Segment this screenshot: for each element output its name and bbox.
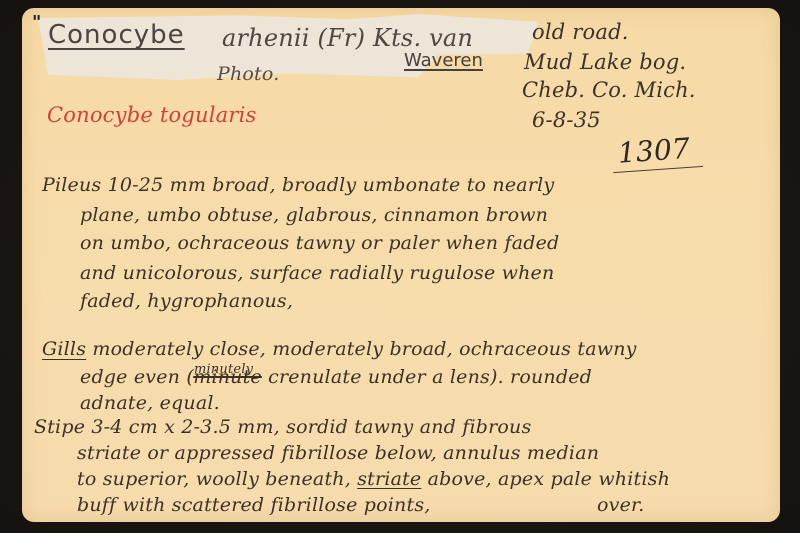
genus-name: Conocybe [48, 20, 185, 50]
stipe-underlined-word: striate [357, 468, 421, 490]
locality-line-2: Mud Lake bog. [524, 50, 686, 74]
pileus-line-2: plane, umbo obtuse, glabrous, cinnamon b… [80, 204, 548, 226]
gills-line-1: Gills moderately close, moderately broad… [42, 338, 637, 360]
stipe-line-1: Stipe 3-4 cm x 2-3.5 mm, sordid tawny an… [34, 416, 531, 438]
locality-line-1: old road. [532, 20, 629, 44]
continuation-note: over. [597, 494, 644, 516]
pileus-line-3: on umbo, ochraceous tawny or paler when … [80, 232, 559, 254]
stipe-line-3-start: to superior, woolly beneath, [77, 468, 357, 490]
stipe-line-3-end: above, apex pale whitish [421, 468, 670, 490]
gills-line-3: adnate, equal. [80, 392, 220, 414]
accession-number: 1307 [611, 131, 703, 173]
photo-stage: " Conocybe arhenii (Fr) Kts. van Waveren… [0, 0, 800, 533]
gills-line-2-start: edge even ( [80, 366, 194, 388]
species-author: arhenii (Fr) Kts. van [222, 24, 473, 52]
pileus-line-4: and unicolorous, surface radially rugulo… [80, 262, 554, 284]
pileus-line-1: Pileus 10-25 mm broad, broadly umbonate … [42, 174, 554, 196]
photo-note: Photo. [217, 63, 279, 85]
stipe-line-3: to superior, woolly beneath, striate abo… [77, 468, 670, 490]
pileus-line-5: faded, hygrophanous, [80, 290, 293, 312]
gills-line-2: edge even (minutelyminute crenulate unde… [80, 366, 592, 388]
quote-mark: " [32, 12, 41, 33]
herbarium-card: " Conocybe arhenii (Fr) Kts. van Waveren… [22, 8, 780, 522]
locality-line-3: Cheb. Co. Mich. [522, 78, 696, 102]
stipe-line-2: striate or appressed fibrillose below, a… [77, 442, 599, 464]
stipe-line-4: buff with scattered fibrillose points, [77, 494, 431, 516]
gills-line-1-text: moderately close, moderately broad, ochr… [86, 338, 636, 360]
gills-inserted-word: minutely [194, 362, 253, 377]
gills-heading: Gills [42, 338, 86, 360]
gills-line-2-end: crenulate under a lens). rounded [262, 366, 592, 388]
author-continued: Waveren [404, 50, 483, 71]
red-annotation: Conocybe togularis [47, 103, 256, 127]
collection-date: 6-8-35 [532, 108, 601, 132]
